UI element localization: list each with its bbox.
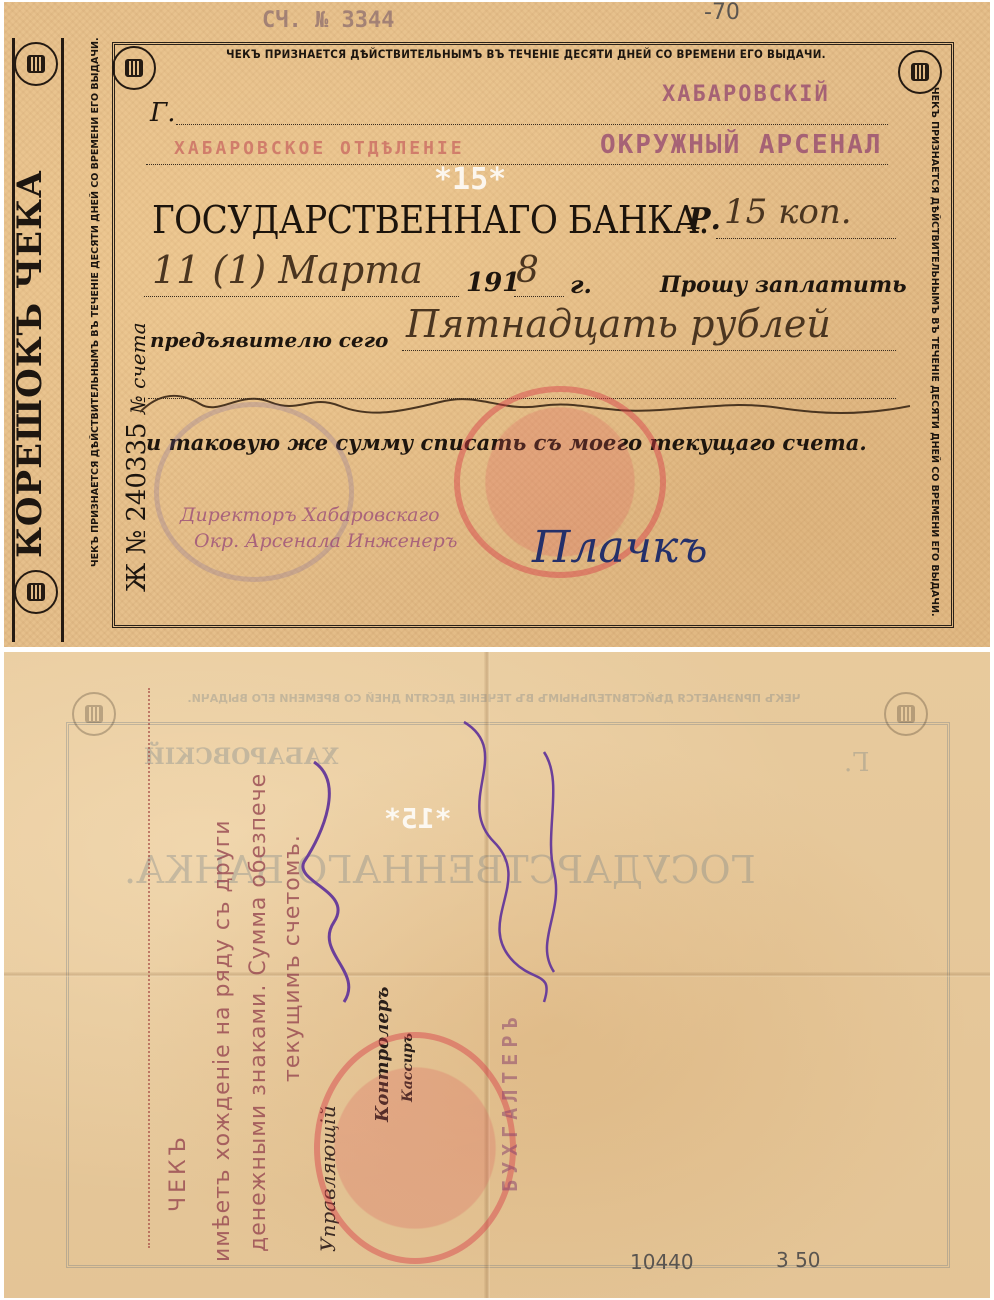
ghost-rosette-icon xyxy=(884,692,928,736)
pencil-mark: -70 xyxy=(704,2,740,25)
stamp-arsenal: ОКРУЖНЫЙ АРСЕНАЛ xyxy=(600,130,882,160)
director-line-1: Директоръ Хабаровскаго xyxy=(180,504,440,526)
rubles-label: Р. xyxy=(688,202,721,237)
branch-line xyxy=(146,164,888,165)
city-line xyxy=(176,124,888,125)
validity-notice-left: ЧЕКЪ ПРИЗНАЕТСЯ ДѢЙСТВИТЕЛЬНЫМЪ ВЪ ТЕЧЕН… xyxy=(90,37,101,567)
cheque-back: ЧЕКЪ ПРИЗНАЕТСЯ ДѢЙСТВИТЕЛЬНЫМЪ ВЪ ТЕЧЕН… xyxy=(4,652,990,1298)
vertical-stamp: БУХГАЛТЕРЪ xyxy=(498,1012,522,1192)
account-stamp: СЧ. № 3344 xyxy=(262,8,394,33)
pay-request: Прошу заплатить xyxy=(660,272,907,298)
perforation-amount: *15* xyxy=(434,162,506,197)
ornament-rosette-icon xyxy=(14,570,58,614)
amount-line xyxy=(716,238,896,239)
bank-title: ГОСУДАРСТВЕННАГО БАНКА. xyxy=(152,198,709,242)
show-through-g: Г. xyxy=(844,748,869,778)
year-suffix: г. xyxy=(570,270,592,299)
year-printed: 191 xyxy=(466,268,520,298)
date-line xyxy=(144,296,459,297)
pencil-number-right: 3 50 xyxy=(776,1248,821,1272)
show-through-notice: ЧЕКЪ ПРИЗНАЕТСЯ ДѢЙСТВИТЕЛЬНЫМЪ ВЪ ТЕЧЕН… xyxy=(124,692,864,705)
amount-words: Пятнадцать рублей xyxy=(406,302,831,346)
director-line-2: Окр. Арсенала Инженеръ xyxy=(194,530,457,552)
stamp-branch: ХАБАРОВСКОЕ ОТДѢЛЕНІЕ xyxy=(174,138,465,159)
red-seal-back xyxy=(314,1032,516,1264)
manager-signature xyxy=(284,752,384,1012)
cheque-front: СЧ. № 3344 -70 КОРЕШОКЪ ЧЕКА ЧЕКЪ ПРИЗНА… xyxy=(4,2,990,647)
amount-words-line xyxy=(402,350,896,351)
overprint-header: ЧЕКЪ xyxy=(166,1133,191,1212)
serial-number: Ж № 240335 № счета xyxy=(122,322,152,592)
stub-strip-title: КОРЕШОКЪ ЧЕКА xyxy=(10,169,50,558)
year-handwritten: 8 xyxy=(516,250,539,291)
ornament-rosette-icon xyxy=(14,42,58,86)
validity-notice-top: ЧЕКЪ ПРИЗНАЕТСЯ ДѢЙСТВИТЕЛЬНЫМЪ ВЪ ТЕЧЕН… xyxy=(126,46,926,62)
ghost-rosette-icon xyxy=(72,692,116,736)
perforation-line xyxy=(148,688,150,1248)
cashier-signature xyxy=(434,712,584,1012)
faint-seal xyxy=(154,402,354,582)
validity-notice-right: ЧЕКЪ ПРИЗНАЕТСЯ ДѢЙСТВИТЕЛЬНЫМЪ ВЪ ТЕЧЕН… xyxy=(929,87,940,617)
bearer-label: предъявителю сего xyxy=(150,328,388,352)
serial-prefix: Ж xyxy=(122,563,152,592)
amount-handwritten: 15 коп. xyxy=(724,192,852,232)
overprint-line-1: имѣетъ хожденіе на ряду съ други xyxy=(210,819,235,1262)
year-line xyxy=(514,296,564,297)
date-handwritten: 11 (1) Марта xyxy=(152,248,423,292)
pencil-number-left: 10440 xyxy=(630,1250,694,1274)
stamp-city: ХАБАРОВСКІЙ xyxy=(662,82,830,107)
director-signature: Плачкъ xyxy=(532,522,708,573)
overprint-line-2: денежными знаками. Сумма обезпече xyxy=(246,773,271,1252)
city-label: Г. xyxy=(150,98,175,128)
perforation-amount-back: *15* xyxy=(384,802,451,835)
